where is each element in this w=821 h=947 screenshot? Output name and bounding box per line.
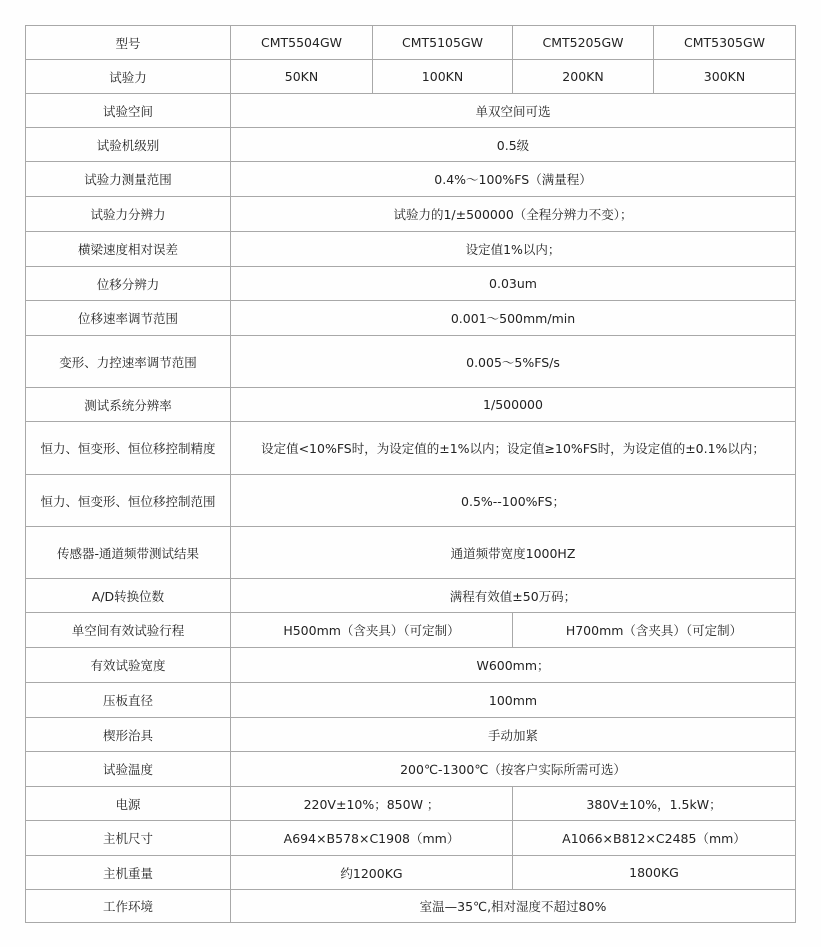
row-label: A/D转换位数 xyxy=(26,579,231,613)
row-value: 室温—35℃,相对湿度不超过80% xyxy=(231,890,796,923)
row-label: 型号 xyxy=(26,26,231,60)
row-label: 主机尺寸 xyxy=(26,821,231,856)
table-row-force: 试验力 50KN 100KN 200KN 300KN xyxy=(26,60,796,94)
table-row: 位移分辨力 0.03um xyxy=(26,267,796,301)
row-label: 试验力测量范围 xyxy=(26,162,231,197)
row-label: 横梁速度相对误差 xyxy=(26,232,231,267)
table-row: 恒力、恒变形、恒位移控制范围 0.5%--100%FS； xyxy=(26,475,796,527)
row-label: 试验空间 xyxy=(26,94,231,128)
row-label: 试验力 xyxy=(26,60,231,94)
row-value: 手动加紧 xyxy=(231,718,796,752)
model-cell: CMT5305GW xyxy=(654,26,796,60)
table-row-environment: 工作环境 室温—35℃,相对湿度不超过80% xyxy=(26,890,796,923)
row-value: W600mm； xyxy=(231,648,796,683)
row-label: 楔形治具 xyxy=(26,718,231,752)
row-value-left: 约1200KG xyxy=(231,856,513,890)
table-row: 压板直径 100mm xyxy=(26,683,796,718)
row-label: 试验机级别 xyxy=(26,128,231,162)
row-label: 位移分辨力 xyxy=(26,267,231,301)
table-row: 试验机级别 0.5级 xyxy=(26,128,796,162)
table-row: 楔形治具 手动加紧 xyxy=(26,718,796,752)
row-value: 0.5级 xyxy=(231,128,796,162)
model-cell: CMT5205GW xyxy=(513,26,654,60)
table-row: 变形、力控速率调节范围 0.005～5%FS/s xyxy=(26,336,796,388)
row-label: 压板直径 xyxy=(26,683,231,718)
table-row: 测试系统分辨率 1/500000 xyxy=(26,388,796,422)
force-cell: 200KN xyxy=(513,60,654,94)
row-label: 工作环境 xyxy=(26,890,231,923)
row-value: 设定值<10%FS时，为设定值的±1%以内；设定值≥10%FS时，为设定值的±0… xyxy=(231,422,796,475)
row-value: 0.005～5%FS/s xyxy=(231,336,796,388)
row-label: 位移速率调节范围 xyxy=(26,301,231,336)
force-cell: 300KN xyxy=(654,60,796,94)
table-row: A/D转换位数 满程有效值±50万码； xyxy=(26,579,796,613)
table-row-stroke: 单空间有效试验行程 H500mm（含夹具）（可定制） H700mm（含夹具）（可… xyxy=(26,613,796,648)
row-value: 0.001～500mm/min xyxy=(231,301,796,336)
row-value: 0.5%--100%FS； xyxy=(231,475,796,527)
table-row: 试验空间 单双空间可选 xyxy=(26,94,796,128)
row-value: 试验力的1/±500000（全程分辨力不变）； xyxy=(231,197,796,232)
table-row-model: 型号 CMT5504GW CMT5105GW CMT5205GW CMT5305… xyxy=(26,26,796,60)
force-cell: 50KN xyxy=(231,60,373,94)
row-label: 单空间有效试验行程 xyxy=(26,613,231,648)
row-value: 通道频带宽度1000HZ xyxy=(231,527,796,579)
row-value-right: 380V±10%，1.5kW； xyxy=(513,787,796,821)
row-value-right: H700mm（含夹具）（可定制） xyxy=(513,613,796,648)
table-row-power: 电源 220V±10%；850W ； 380V±10%，1.5kW； xyxy=(26,787,796,821)
row-value: 200℃-1300℃（按客户实际所需可选） xyxy=(231,752,796,787)
table-row-weight: 主机重量 约1200KG 1800KG xyxy=(26,856,796,890)
row-label: 试验温度 xyxy=(26,752,231,787)
row-label: 电源 xyxy=(26,787,231,821)
row-value-right: A1066×B812×C2485（mm） xyxy=(513,821,796,856)
spec-table: 型号 CMT5504GW CMT5105GW CMT5205GW CMT5305… xyxy=(25,25,796,923)
row-value: 0.03um xyxy=(231,267,796,301)
row-label: 恒力、恒变形、恒位移控制精度 xyxy=(26,422,231,475)
row-value: 设定值1%以内； xyxy=(231,232,796,267)
table-row: 试验力分辨力 试验力的1/±500000（全程分辨力不变）； xyxy=(26,197,796,232)
row-value-right: 1800KG xyxy=(513,856,796,890)
table-row: 试验温度 200℃-1300℃（按客户实际所需可选） xyxy=(26,752,796,787)
table-row-dimensions: 主机尺寸 A694×B578×C1908（mm） A1066×B812×C248… xyxy=(26,821,796,856)
table-row: 传感器-通道频带测试结果 通道频带宽度1000HZ xyxy=(26,527,796,579)
row-label: 恒力、恒变形、恒位移控制范围 xyxy=(26,475,231,527)
model-cell: CMT5504GW xyxy=(231,26,373,60)
row-value-left: A694×B578×C1908（mm） xyxy=(231,821,513,856)
model-cell: CMT5105GW xyxy=(373,26,513,60)
table-row: 恒力、恒变形、恒位移控制精度 设定值<10%FS时，为设定值的±1%以内；设定值… xyxy=(26,422,796,475)
row-value-left: H500mm（含夹具）（可定制） xyxy=(231,613,513,648)
table-row: 位移速率调节范围 0.001～500mm/min xyxy=(26,301,796,336)
row-label: 变形、力控速率调节范围 xyxy=(26,336,231,388)
table-row: 试验力测量范围 0.4%～100%FS（满量程） xyxy=(26,162,796,197)
row-value-left: 220V±10%；850W ； xyxy=(231,787,513,821)
row-value: 0.4%～100%FS（满量程） xyxy=(231,162,796,197)
row-label: 传感器-通道频带测试结果 xyxy=(26,527,231,579)
force-cell: 100KN xyxy=(373,60,513,94)
row-value: 1/500000 xyxy=(231,388,796,422)
row-label: 主机重量 xyxy=(26,856,231,890)
row-value: 满程有效值±50万码； xyxy=(231,579,796,613)
row-value: 单双空间可选 xyxy=(231,94,796,128)
row-label: 有效试验宽度 xyxy=(26,648,231,683)
row-label: 测试系统分辨率 xyxy=(26,388,231,422)
table-row: 横梁速度相对误差 设定值1%以内； xyxy=(26,232,796,267)
row-label: 试验力分辨力 xyxy=(26,197,231,232)
table-row: 有效试验宽度 W600mm； xyxy=(26,648,796,683)
row-value: 100mm xyxy=(231,683,796,718)
